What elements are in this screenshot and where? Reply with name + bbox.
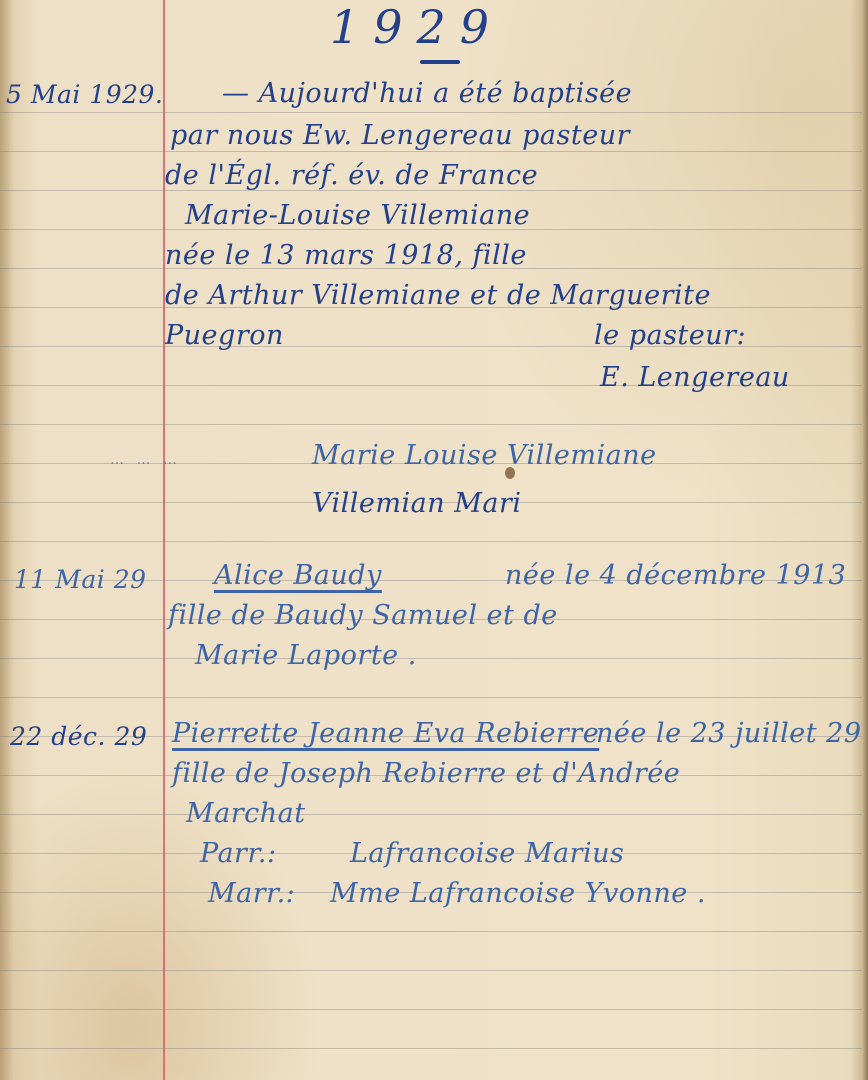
ruled-line bbox=[0, 1048, 862, 1049]
pastor-signature: E. Lengereau bbox=[600, 362, 790, 393]
entry-text-line: Marie Laporte . bbox=[195, 640, 417, 671]
ruled-line bbox=[0, 112, 862, 113]
ruled-line bbox=[0, 658, 862, 659]
entry-text-line: — Aujourd'hui a été baptisée bbox=[222, 78, 632, 109]
ruled-line bbox=[0, 151, 862, 152]
baptized-name: Pierrette Jeanne Eva Rebierre bbox=[172, 718, 599, 749]
baptized-name: Marie-Louise Villemiane bbox=[185, 200, 530, 231]
year-heading-underline bbox=[420, 60, 460, 64]
signature-marie-louise: Marie Louise Villemiane bbox=[312, 440, 657, 471]
ruled-line bbox=[0, 970, 862, 971]
ruled-line bbox=[0, 1009, 862, 1010]
entry-text-line: de Arthur Villemiane et de Marguerite bbox=[165, 280, 711, 311]
signature-villemian: Villemian Mari bbox=[312, 488, 522, 519]
year-heading: 1929 bbox=[330, 0, 503, 54]
entry-text-line: née le 23 juillet 29 bbox=[596, 718, 862, 749]
entry-text-line: par nous Ew. Lengereau pasteur bbox=[170, 120, 630, 151]
entry-date: 22 déc. 29 bbox=[10, 722, 147, 751]
entry-text-line: Marchat bbox=[186, 798, 306, 829]
countersign-dots: … … … bbox=[110, 452, 181, 468]
entry-text-line: née le 4 décembre 1913 bbox=[505, 560, 846, 591]
entry-date: 5 Mai 1929. bbox=[6, 80, 163, 109]
entry-text-line: fille de Baudy Samuel et de bbox=[168, 600, 558, 631]
baptized-name: Alice Baudy bbox=[214, 560, 382, 591]
ruled-line bbox=[0, 814, 862, 815]
ruled-line bbox=[0, 931, 862, 932]
godmother-label: Marr.: bbox=[208, 878, 295, 909]
register-page: 1929 5 Mai 1929. — Aujourd'hui a été bap… bbox=[0, 0, 868, 1080]
entry-text-line: fille de Joseph Rebierre et d'Andrée bbox=[172, 758, 680, 789]
godfather-name: Lafrancoise Marius bbox=[350, 838, 624, 869]
entry-date: 11 Mai 29 bbox=[14, 565, 147, 594]
ruled-line bbox=[0, 541, 862, 542]
godmother-name: Mme Lafrancoise Yvonne . bbox=[330, 878, 706, 909]
signature-label: le pasteur: bbox=[594, 320, 746, 351]
godfather-label: Parr.: bbox=[200, 838, 277, 869]
entry-text-line: née le 13 mars 1918, fille bbox=[165, 240, 527, 271]
ink-stain bbox=[505, 467, 515, 479]
entry-text-line: de l'Égl. réf. év. de France bbox=[165, 160, 538, 191]
entry-text-line: Puegron bbox=[165, 320, 284, 351]
ruled-line bbox=[0, 697, 862, 698]
ruled-line bbox=[0, 424, 862, 425]
